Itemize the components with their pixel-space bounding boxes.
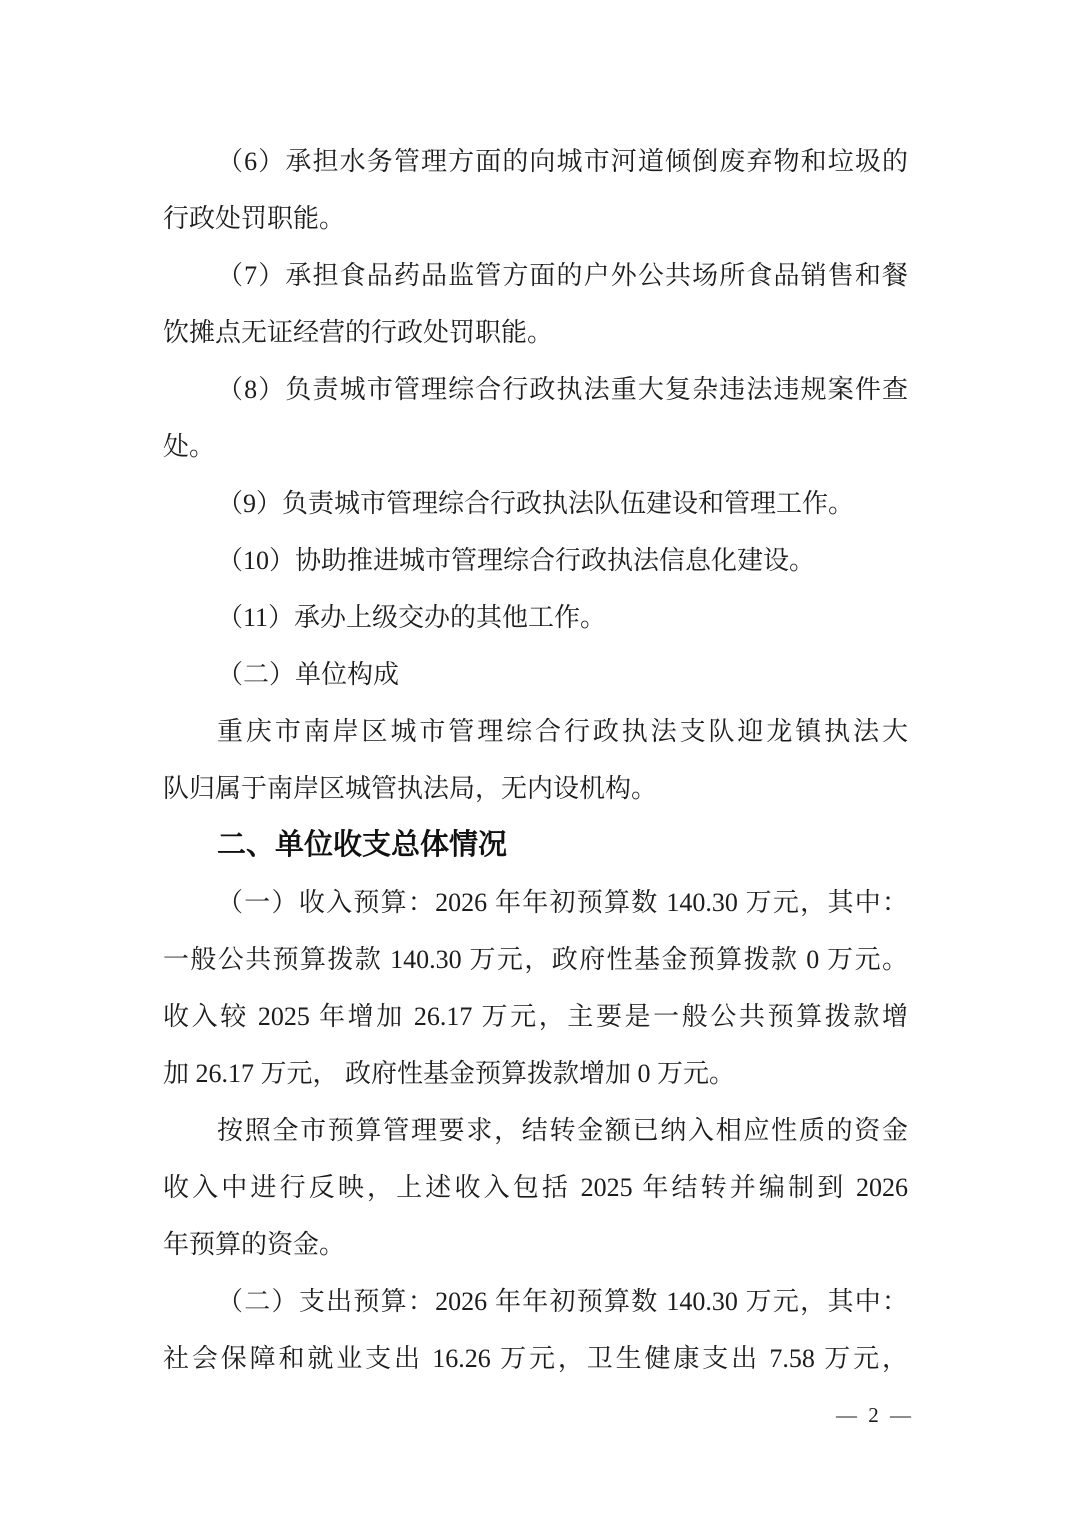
page-number: — 2 — [836, 1398, 914, 1432]
document-line: （9）负责城市管理综合行政执法队伍建设和管理工作。 [163, 475, 908, 532]
document-line: 收入中进行反映，上述收入包括 2025 年结转并编制到 2026 [163, 1159, 908, 1216]
document-body: （6）承担水务管理方面的向城市河道倾倒废弃物和垃圾的行政处罚职能。（7）承担食品… [163, 133, 908, 1387]
document-line: 饮摊点无证经营的行政处罚职能。 [163, 304, 908, 361]
document-line: 年预算的资金。 [163, 1216, 908, 1273]
document-line: 社会保障和就业支出 16.26 万元，卫生健康支出 7.58 万元， [163, 1330, 908, 1387]
section-heading: 二、单位收支总体情况 [163, 817, 908, 874]
document-line: 队归属于南岸区城管执法局，无内设机构。 [163, 760, 908, 817]
document-line: 加 26.17 万元， 政府性基金预算拨款增加 0 万元。 [163, 1045, 908, 1102]
document-line: （11）承办上级交办的其他工作。 [163, 589, 908, 646]
document-line: （一）收入预算：2026 年年初预算数 140.30 万元，其中： [163, 874, 908, 931]
document-line: （8）负责城市管理综合行政执法重大复杂违法违规案件查 [163, 361, 908, 418]
document-line: 重庆市南岸区城市管理综合行政执法支队迎龙镇执法大 [163, 703, 908, 760]
document-line: （二）支出预算：2026 年年初预算数 140.30 万元，其中： [163, 1273, 908, 1330]
document-page: （6）承担水务管理方面的向城市河道倾倒废弃物和垃圾的行政处罚职能。（7）承担食品… [0, 0, 1074, 1520]
document-line: 一般公共预算拨款 140.30 万元，政府性基金预算拨款 0 万元。 [163, 931, 908, 988]
document-line: （7）承担食品药品监管方面的户外公共场所食品销售和餐 [163, 247, 908, 304]
document-line: （6）承担水务管理方面的向城市河道倾倒废弃物和垃圾的 [163, 133, 908, 190]
document-line: 收入较 2025 年增加 26.17 万元，主要是一般公共预算拨款增 [163, 988, 908, 1045]
document-line: 按照全市预算管理要求，结转金额已纳入相应性质的资金 [163, 1102, 908, 1159]
document-line: 行政处罚职能。 [163, 190, 908, 247]
document-line: （二）单位构成 [163, 646, 908, 703]
document-line: 处。 [163, 418, 908, 475]
document-line: （10）协助推进城市管理综合行政执法信息化建设。 [163, 532, 908, 589]
